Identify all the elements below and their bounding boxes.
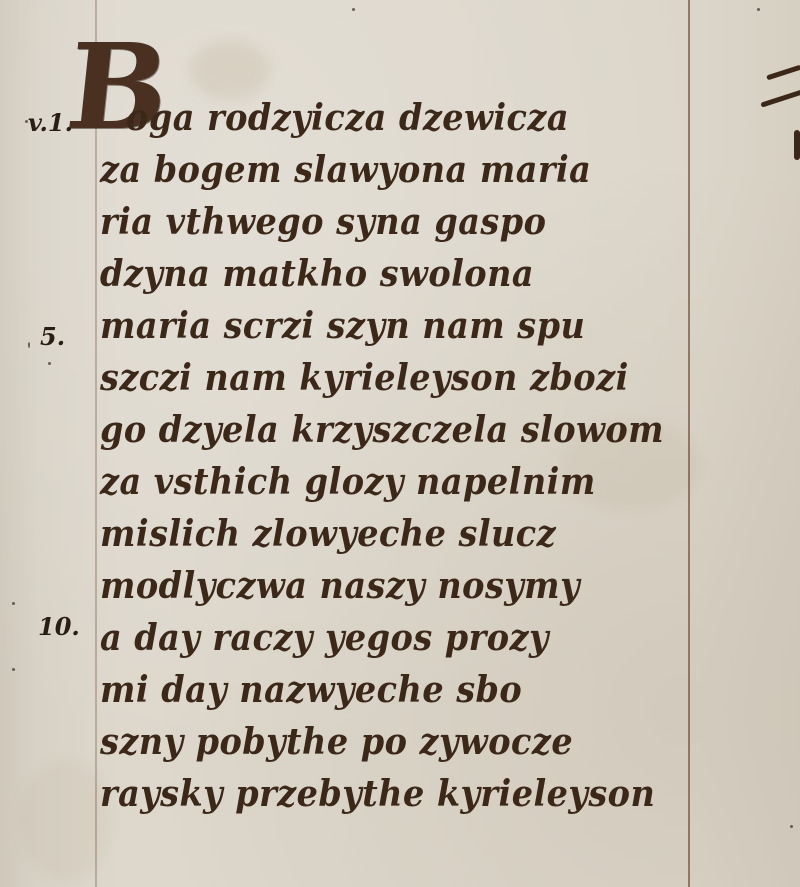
ink-stroke <box>760 89 800 107</box>
text-line: mislich zlowyeche slucz <box>100 508 695 560</box>
text-line: modlyczwa naszy nosymy <box>100 560 695 612</box>
text-line: raysky przebythe kyrieleyson <box>100 768 695 820</box>
text-line: szny pobythe po zywocze <box>100 716 695 768</box>
margin-verse-number: 10. <box>38 612 80 641</box>
text-line: a day raczy yegos prozy <box>100 612 695 664</box>
ink-speck <box>48 362 51 365</box>
text-line: dzyna matkho swolona <box>100 248 695 300</box>
ink-speck <box>12 668 15 671</box>
manuscript-page: v.1. 5. 10. B oga rodzyicza dzewicza za … <box>0 0 800 887</box>
ink-speck <box>352 8 355 11</box>
text-line: maria scrzi szyn nam spu <box>100 300 695 352</box>
text-line: za vsthich glozy napelnim <box>100 456 695 508</box>
ink-stain <box>190 40 270 100</box>
margin-verse-number: 5. <box>40 322 65 351</box>
text-line: szczi nam kyrieleyson zbozi <box>100 352 695 404</box>
text-line: ria vthwego syna gaspo <box>100 196 695 248</box>
text-line: oga rodzyicza dzewicza <box>100 92 695 144</box>
ink-speck <box>757 8 760 11</box>
ink-speck <box>12 602 15 605</box>
ink-stroke <box>794 130 800 160</box>
manuscript-text-block: oga rodzyicza dzewicza za bogem slawyona… <box>100 92 740 820</box>
text-line: za bogem slawyona maria <box>100 144 695 196</box>
ink-speck <box>28 342 30 348</box>
text-line: go dzyela krzyszczela slowom <box>100 404 695 456</box>
ink-stroke <box>766 65 800 81</box>
text-line: mi day nazwyeche sbo <box>100 664 695 716</box>
ink-speck <box>790 825 793 828</box>
facing-page-fragment <box>760 60 800 160</box>
